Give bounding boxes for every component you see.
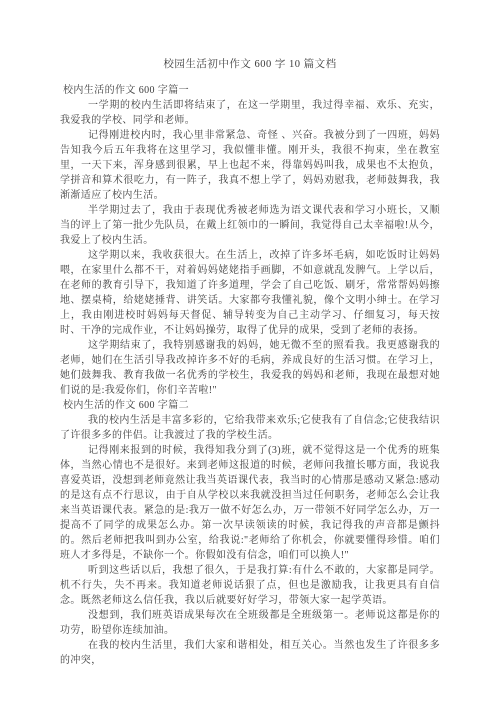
section-heading-1: 校内生活的作文 600 字篇一 <box>60 83 440 98</box>
paragraph: 这学期结束了，我特别感谢我的妈妈，她无微不至的照看我。我更感谢我的老师，她们在生… <box>60 338 440 398</box>
document-body: 校内生活的作文 600 字篇一一学期的校内生活即将结束了，在这一学期里，我过得幸… <box>60 83 440 668</box>
paragraph: 我的校内生活是丰富多彩的，它给我带来欢乐;它使我有了自信念;它使我结识了许很多多… <box>60 413 440 443</box>
paragraph: 记得刚进校内时，我心里非常紧急、奇怪 、兴奋。我被分到了一四班，妈妈告知我今后五… <box>60 128 440 203</box>
paragraph: 没想到，我们班英语成果每次在全班级都是全班级第一。老师说这都是你的功劳，盼望你连… <box>60 608 440 638</box>
document-title: 校园生活初中作文 600 字 10 篇文档 <box>0 0 500 72</box>
document-page: 校园生活初中作文 600 字 10 篇文档 校内生活的作文 600 字篇一一学期… <box>0 0 500 707</box>
paragraph: 在我的校内生活里，我们大家和谐相处，相互关心。当然也发生了许很多多的冲突， <box>60 638 440 668</box>
paragraph: 这学期以来，我收获很大。在生活上，改掉了许多坏毛病，如吃饭时让妈妈喂，在家里什么… <box>60 248 440 338</box>
paragraph: 听到这些话以后，我想了很久，于是我打算:有什么不敢的，大家都是同学。机不行失，失… <box>60 563 440 608</box>
section-heading-2: 校内生活的作文 600 字篇二 <box>60 398 440 413</box>
paragraph: 半学期过去了，我由于表现优秀被老师选为语文课代表和学习小班长，又顺当的评上了第一… <box>60 203 440 248</box>
paragraph: 一学期的校内生活即将结束了，在这一学期里，我过得幸福、欢乐、充实，我爱我的学校、… <box>60 98 440 128</box>
paragraph: 记得刚来报到的时候，我得知我分到了(3)班，就不觉得这是一个优秀的班集体，当然心… <box>60 443 440 563</box>
